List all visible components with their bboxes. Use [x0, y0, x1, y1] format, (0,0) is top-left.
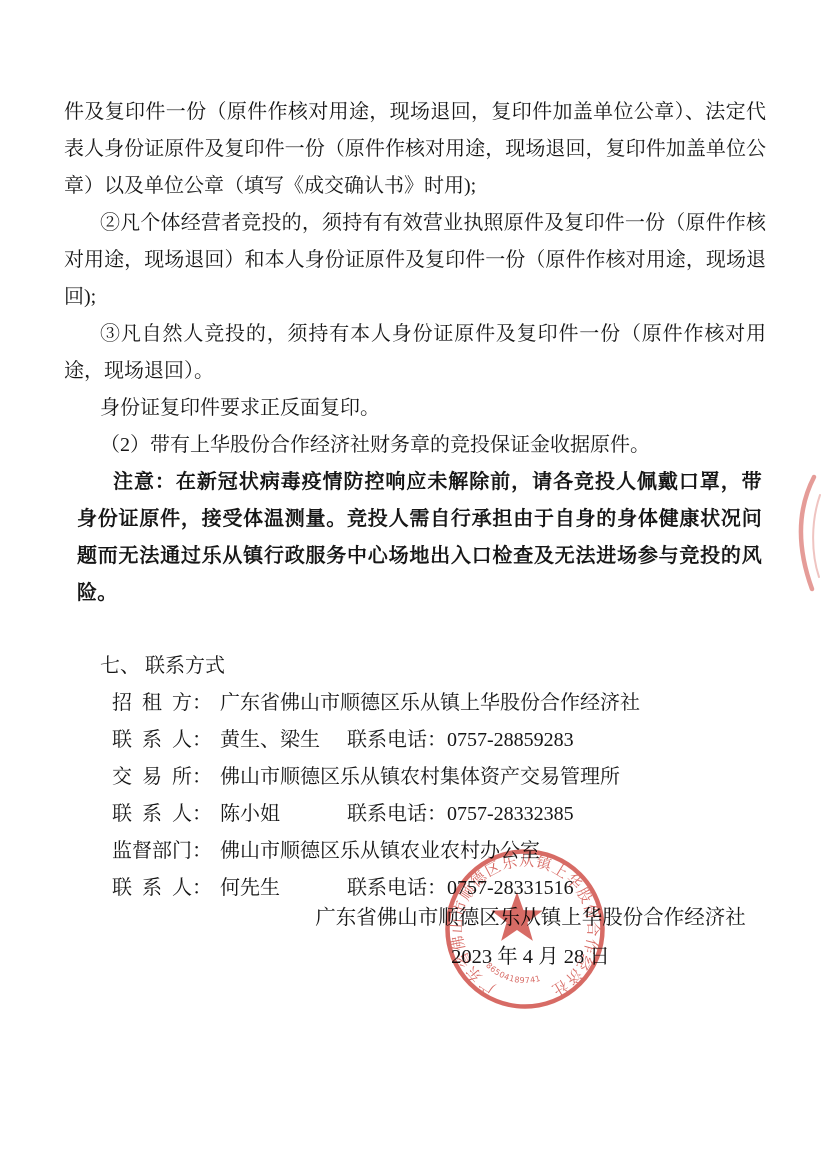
contact-value: 佛山市顺德区乐从镇农村集体资产交易管理所 — [220, 766, 620, 788]
contact-value: 陈小姐 — [220, 803, 280, 825]
contact-phone: 联系电话：0757-28332385 — [347, 796, 574, 833]
phone-number: 0757-28332385 — [447, 803, 574, 825]
contact-row-exchange: 交 易 所：佛山市顺德区乐从镇农村集体资产交易管理所 — [64, 759, 766, 796]
paragraph-item-2: ②凡个体经营者竞投的，须持有有效营业执照原件及复印件一份（原件作核对用途，现场退… — [64, 205, 766, 316]
phone-label: 联系电话： — [347, 729, 447, 751]
contact-label: 监督部门： — [112, 840, 212, 862]
contact-row-lessor: 招 租 方：广东省佛山市顺德区乐从镇上华股份合作经济社 — [64, 685, 766, 722]
paragraph-id-copy-note: 身份证复印件要求正反面复印。 — [64, 390, 766, 427]
phone-label: 联系电话： — [347, 803, 447, 825]
contact-phone: 联系电话：0757-28859283 — [347, 722, 574, 759]
contact-row-lessor-person: 联 系 人：黄生、梁生 联系电话：0757-28859283 — [64, 722, 766, 759]
paragraph-continuation: 件及复印件一份（原件作核对用途，现场退回，复印件加盖单位公章）、法定代表人身份证… — [64, 94, 766, 205]
contact-label: 招 租 方： — [112, 692, 212, 714]
contact-value: 黄生、梁生 — [220, 729, 320, 751]
paragraph-covid-notice: 注意：在新冠状病毒疫情防控响应未解除前，请各竞投人佩戴口罩，带身份证原件，接受体… — [77, 464, 762, 612]
contact-label: 交 易 所： — [112, 766, 212, 788]
paragraph-receipt: （2）带有上华股份合作经济社财务章的竞投保证金收据原件。 — [64, 427, 766, 464]
document-body: 件及复印件一份（原件作核对用途，现场退回，复印件加盖单位公章）、法定代表人身份证… — [0, 0, 827, 907]
document-page: 件及复印件一份（原件作核对用途，现场退回，复印件加盖单位公章）、法定代表人身份证… — [0, 0, 827, 1169]
contact-row-supervisor: 监督部门：佛山市顺德区乐从镇农业农村办公室 — [64, 833, 766, 870]
phone-label: 联系电话： — [347, 877, 447, 899]
contact-row-exchange-person: 联 系 人：陈小姐 联系电话：0757-28332385 — [64, 796, 766, 833]
phone-number: 0757-28859283 — [447, 729, 574, 751]
seal-star-icon — [491, 892, 542, 941]
contact-label: 联 系 人： — [112, 729, 212, 751]
paragraph-item-3: ③凡自然人竞投的，须持有本人身份证原件及复印件一份（原件作核对用途，现场退回）。 — [64, 316, 766, 390]
contact-value: 何先生 — [220, 877, 280, 899]
contact-label: 联 系 人： — [112, 803, 212, 825]
contact-value: 广东省佛山市顺德区乐从镇上华股份合作经济社 — [220, 692, 640, 714]
official-seal-stamp: 广东省佛山市顺德区乐从镇上华股份合作经济社 86504189741 — [442, 846, 608, 1012]
partial-stamp-mark-icon — [788, 473, 827, 593]
contact-section-heading: 七、 联系方式 — [100, 648, 766, 685]
contact-label: 联 系 人： — [112, 877, 212, 899]
